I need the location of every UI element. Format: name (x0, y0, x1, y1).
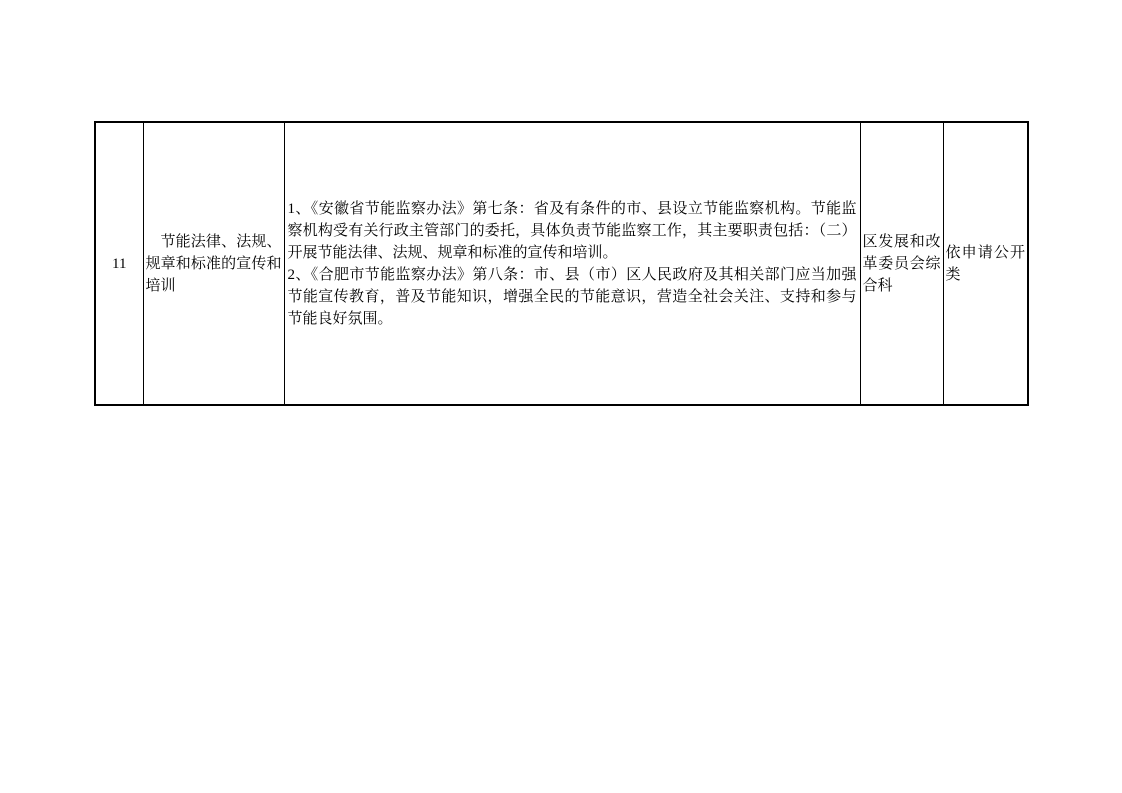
row-number: 11 (112, 256, 126, 272)
table-row: 11 节能法律、法规、规章和标准的宣传和培训 1、《安徽省节能监察办法》第七条：… (95, 122, 1028, 405)
publicity-type-cell: 依申请公开类 (943, 122, 1028, 405)
item-name-cell: 节能法律、法规、规章和标准的宣传和培训 (143, 122, 284, 405)
department-cell: 区发展和改革委员会综合科 (860, 122, 943, 405)
legal-basis-cell: 1、《安徽省节能监察办法》第七条：省及有条件的市、县设立节能监察机构。节能监察机… (284, 122, 860, 405)
publicity-type-text: 依申请公开类 (946, 242, 1026, 286)
department-text: 区发展和改革委员会综合科 (863, 231, 941, 297)
legal-basis-paragraph-1: 1、《安徽省节能监察办法》第七条：省及有条件的市、县设立节能监察机构。节能监察机… (288, 198, 857, 264)
row-number-cell: 11 (95, 122, 143, 405)
disclosure-info-table: 11 节能法律、法规、规章和标准的宣传和培训 1、《安徽省节能监察办法》第七条：… (94, 121, 1029, 406)
item-name-text: 节能法律、法规、规章和标准的宣传和培训 (146, 231, 282, 297)
document-page: 11 节能法律、法规、规章和标准的宣传和培训 1、《安徽省节能监察办法》第七条：… (0, 0, 1122, 793)
legal-basis-paragraph-2: 2、《合肥市节能监察办法》第八条：市、县（市）区人民政府及其相关部门应当加强节能… (288, 264, 857, 330)
